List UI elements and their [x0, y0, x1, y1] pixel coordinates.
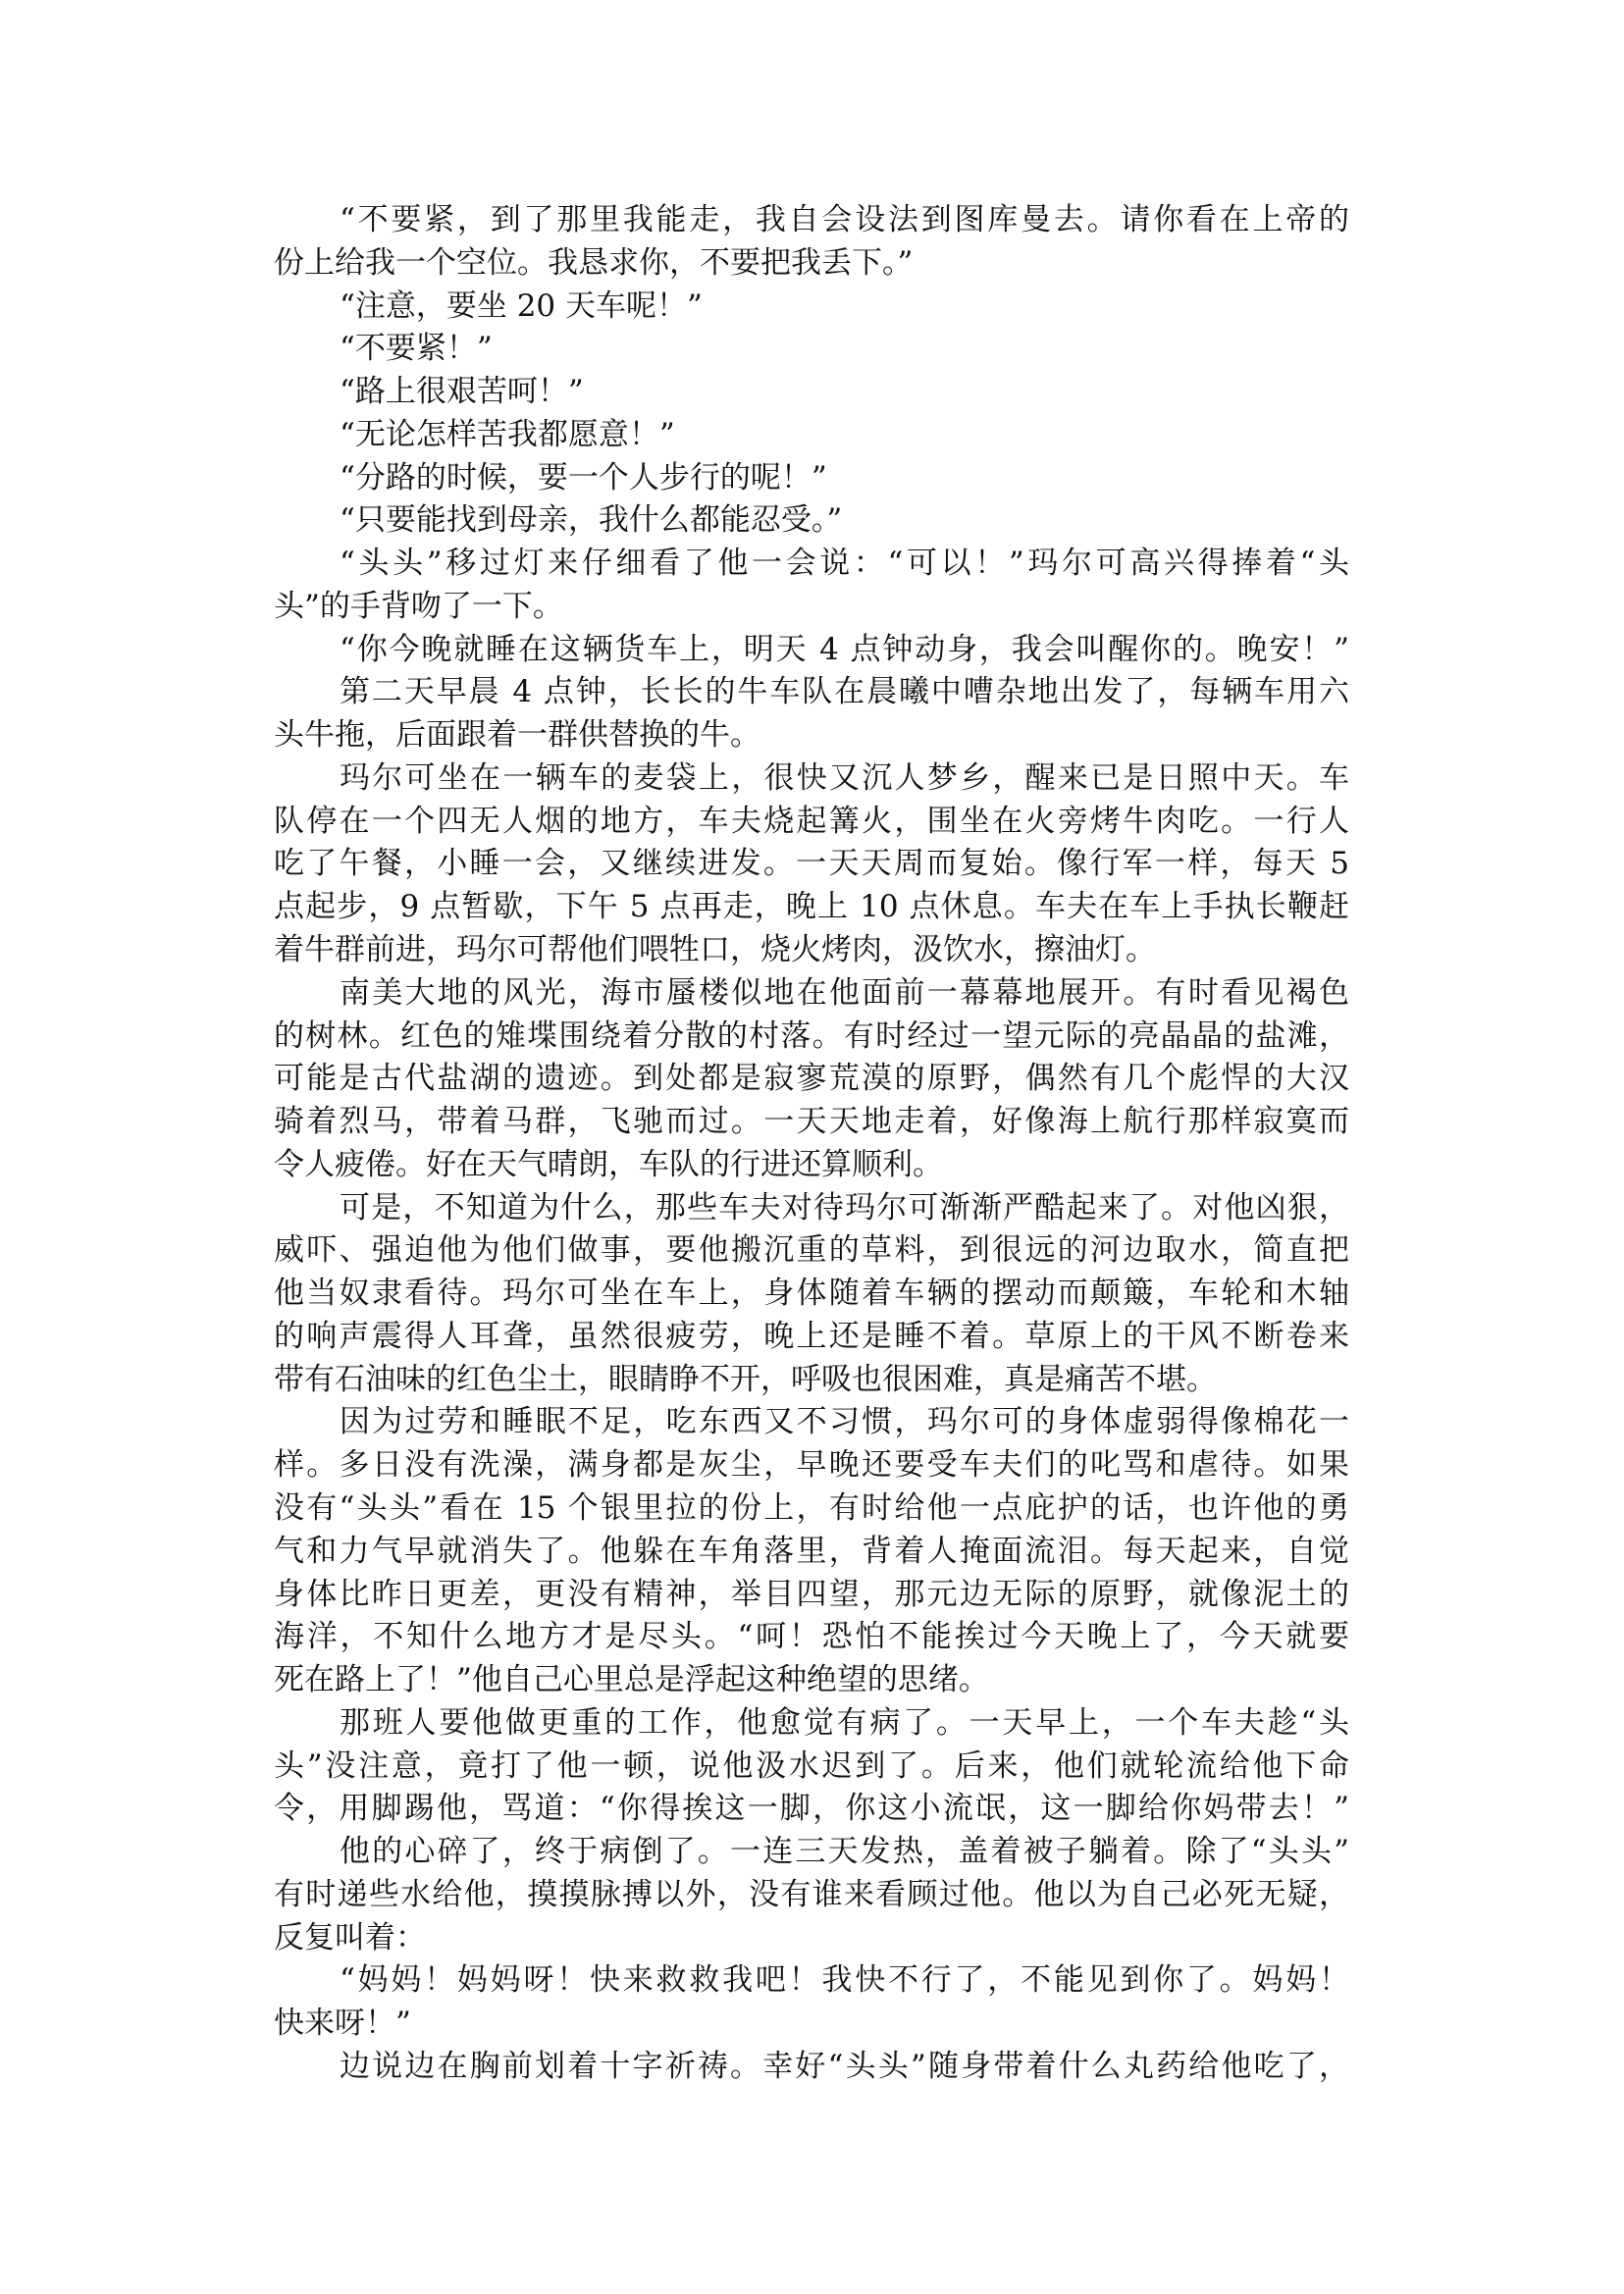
text-line: 他当奴隶看待。玛尔可坐在车上，身体随着车辆的摆动而颠簸，车轮和木轴: [274, 1273, 1349, 1316]
text-line: 海洋，不知什么地方才是尽头。“呵！恐怕不能挨过今天晚上了，今天就要: [274, 1616, 1349, 1659]
text-line: 可能是古代盐湖的遗迹。到处都是寂寥荒漠的原野，偶然有几个彪悍的大汉: [274, 1058, 1349, 1101]
text-line: 令，用脚踢他，骂道：“你得挨这一脚，你这小流氓，这一脚给你妈带去！”: [274, 1788, 1349, 1831]
text-line: 吃了午餐，小睡一会，又继续进发。一天天周而复始。像行军一样，每天 5: [274, 843, 1349, 886]
text-line: 头”没注意，竟打了他一顿，说他汲水迟到了。后来，他们就轮流给他下命: [274, 1746, 1349, 1789]
text-line: 反复叫着：: [274, 1917, 1349, 1960]
text-line: “路上很艰苦呵！”: [274, 371, 1349, 414]
text-line: 南美大地的风光，海市蜃楼似地在他面前一幕幕地展开。有时看见褐色: [274, 972, 1349, 1016]
text-line: 的树林。红色的雉堞围绕着分散的村落。有时经过一望元际的亮晶晶的盐滩，: [274, 1016, 1349, 1059]
text-line: 队停在一个四无人烟的地方，车夫烧起篝火，围坐在火旁烤牛肉吃。一行人: [274, 801, 1349, 844]
text-line: 那班人要他做更重的工作，他愈觉有病了。一天早上，一个车夫趁“头: [274, 1702, 1349, 1746]
text-line: 没有“头头”看在 15 个银里拉的份上，有时给他一点庇护的话，也许他的勇: [274, 1487, 1349, 1531]
text-line: 有时递些水给他，摸摸脉搏以外，没有谁来看顾过他。他以为自己必死无疑，: [274, 1874, 1349, 1917]
text-line: 快来呀！”: [274, 2003, 1349, 2046]
text-line: 气和力气早就消失了。他躲在车角落里，背着人掩面流泪。每天起来，自觉: [274, 1531, 1349, 1574]
text-line: “头头”移过灯来仔细看了他一会说：“可以！”玛尔可高兴得捧着“头: [274, 543, 1349, 586]
text-line: 着牛群前进，玛尔可帮他们喂牲口，烧火烤肉，汲饮水，擦油灯。: [274, 929, 1349, 972]
text-line: “不要紧！”: [274, 328, 1349, 371]
text-line: 边说边在胸前划着十字祈祷。幸好“头头”随身带着什么丸药给他吃了，: [274, 2046, 1349, 2089]
text-line: 身体比昨日更差，更没有精神，举目四望，那元边无际的原野，就像泥土的: [274, 1574, 1349, 1617]
text-line: 威吓、强迫他为他们做事，要他搬沉重的草料，到很远的河边取水，简直把: [274, 1229, 1349, 1273]
text-line: 令人疲倦。好在天气晴朗，车队的行进还算顺利。: [274, 1144, 1349, 1187]
text-line: “注意，要坐 20 天车呢！”: [274, 286, 1349, 329]
text-line: 份上给我一个空位。我恳求你，不要把我丢下。”: [274, 242, 1349, 286]
text-line: 带有石油味的红色尘土，眼睛睁不开，呼吸也很困难，真是痛苦不堪。: [274, 1359, 1349, 1402]
text-line: 第二天早晨 4 点钟，长长的牛车队在晨曦中嘈杂地出发了，每辆车用六: [274, 671, 1349, 714]
text-line: 骑着烈马，带着马群，飞驰而过。一天天地走着，好像海上航行那样寂寞而: [274, 1101, 1349, 1144]
text-line: 因为过劳和睡眠不足，吃东西又不习惯，玛尔可的身体虚弱得像棉花一: [274, 1401, 1349, 1444]
text-line: 死在路上了！”他自己心里总是浮起这种绝望的思绪。: [274, 1659, 1349, 1702]
text-line: 样。多日没有洗澡，满身都是灰尘，早晚还要受车夫们的叱骂和虐待。如果: [274, 1444, 1349, 1487]
text-line: 点起步，9 点暂歇，下午 5 点再走，晚上 10 点休息。车夫在车上手执长鞭赶: [274, 886, 1349, 929]
text-line: 玛尔可坐在一辆车的麦袋上，很快又沉人梦乡，醒来已是日照中天。车: [274, 757, 1349, 801]
text-line: “只要能找到母亲，我什么都能忍受。”: [274, 499, 1349, 543]
text-line: 他的心碎了，终于病倒了。一连三天发热，盖着被子躺着。除了“头头”: [274, 1831, 1349, 1874]
text-line: “分路的时候，要一个人步行的呢！”: [274, 457, 1349, 500]
text-line: 的响声震得人耳聋，虽然很疲劳，晚上还是睡不着。草原上的干风不断卷来: [274, 1316, 1349, 1359]
text-line: 头牛拖，后面跟着一群供替换的牛。: [274, 714, 1349, 757]
document-page: “不要紧，到了那里我能走，我自会设法到图库曼去。请你看在上帝的 份上给我一个空位…: [274, 199, 1349, 2089]
text-line: “无论怎样苦我都愿意！”: [274, 414, 1349, 457]
text-line: “不要紧，到了那里我能走，我自会设法到图库曼去。请你看在上帝的: [274, 199, 1349, 242]
text-line: “你今晚就睡在这辆货车上，明天 4 点钟动身，我会叫醒你的。晚安！”: [274, 629, 1349, 672]
text-line: “妈妈！妈妈呀！快来救救我吧！我快不行了，不能见到你了。妈妈！: [274, 1959, 1349, 2003]
text-line: 可是，不知道为什么，那些车夫对待玛尔可渐渐严酷起来了。对他凶狠，: [274, 1187, 1349, 1230]
text-line: 头”的手背吻了一下。: [274, 586, 1349, 629]
